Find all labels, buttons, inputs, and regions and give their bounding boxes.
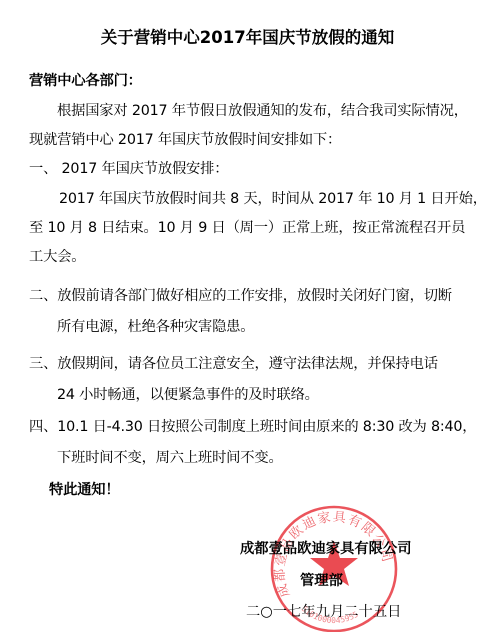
section-1-heading: 一、 2017 年国庆节放假安排： — [29, 160, 228, 178]
signature-date: 二○一七年九月二十五日 — [246, 603, 401, 621]
section-3-line-1: 三、放假期间，请各位员工注意安全，遵守法律法规，并保持电话 — [29, 355, 438, 373]
document-title: 关于营销中心2017年国庆节放假的通知 — [0, 28, 495, 48]
section-3-line-2: 24 小时畅通，以便紧急事件的及时联络。 — [57, 386, 319, 404]
section-1-line-3: 工大会。 — [29, 248, 85, 266]
section-2-line-1: 二、放假前请各部门做好相应的工作安排，放假时关闭好门窗，切断 — [29, 287, 452, 305]
section-4-line-1: 四、10.1 日-4.30 日按照公司制度上班时间由原来的 8:30 改为 8:… — [29, 418, 476, 436]
section-2-line-2: 所有电源，杜绝各种灾害隐患。 — [57, 318, 254, 336]
intro-line-1: 根据国家对 2017 年节假日放假通知的发布，结合我司实际情况， — [57, 102, 468, 120]
section-1-line-2: 至 10 月 8 日结束。10 月 9 日（周一）正常上班，按正常流程召开员 — [29, 219, 465, 237]
intro-line-2: 现就营销中心 2017 年国庆节放假时间安排如下： — [29, 131, 341, 149]
closing: 特此通知！ — [49, 481, 119, 499]
signature-company: 成都壹品欧迪家具有限公司 — [240, 540, 412, 558]
salutation: 营销中心各部门： — [29, 72, 142, 90]
section-1-line-1: 2017 年国庆节放假时间共 8 天，时间从 2017 年 10 月 1 日开始… — [59, 190, 487, 208]
signature-department: 管理部 — [300, 572, 343, 590]
section-4-line-2: 下班时间不变，周六上班时间不变。 — [57, 449, 283, 467]
